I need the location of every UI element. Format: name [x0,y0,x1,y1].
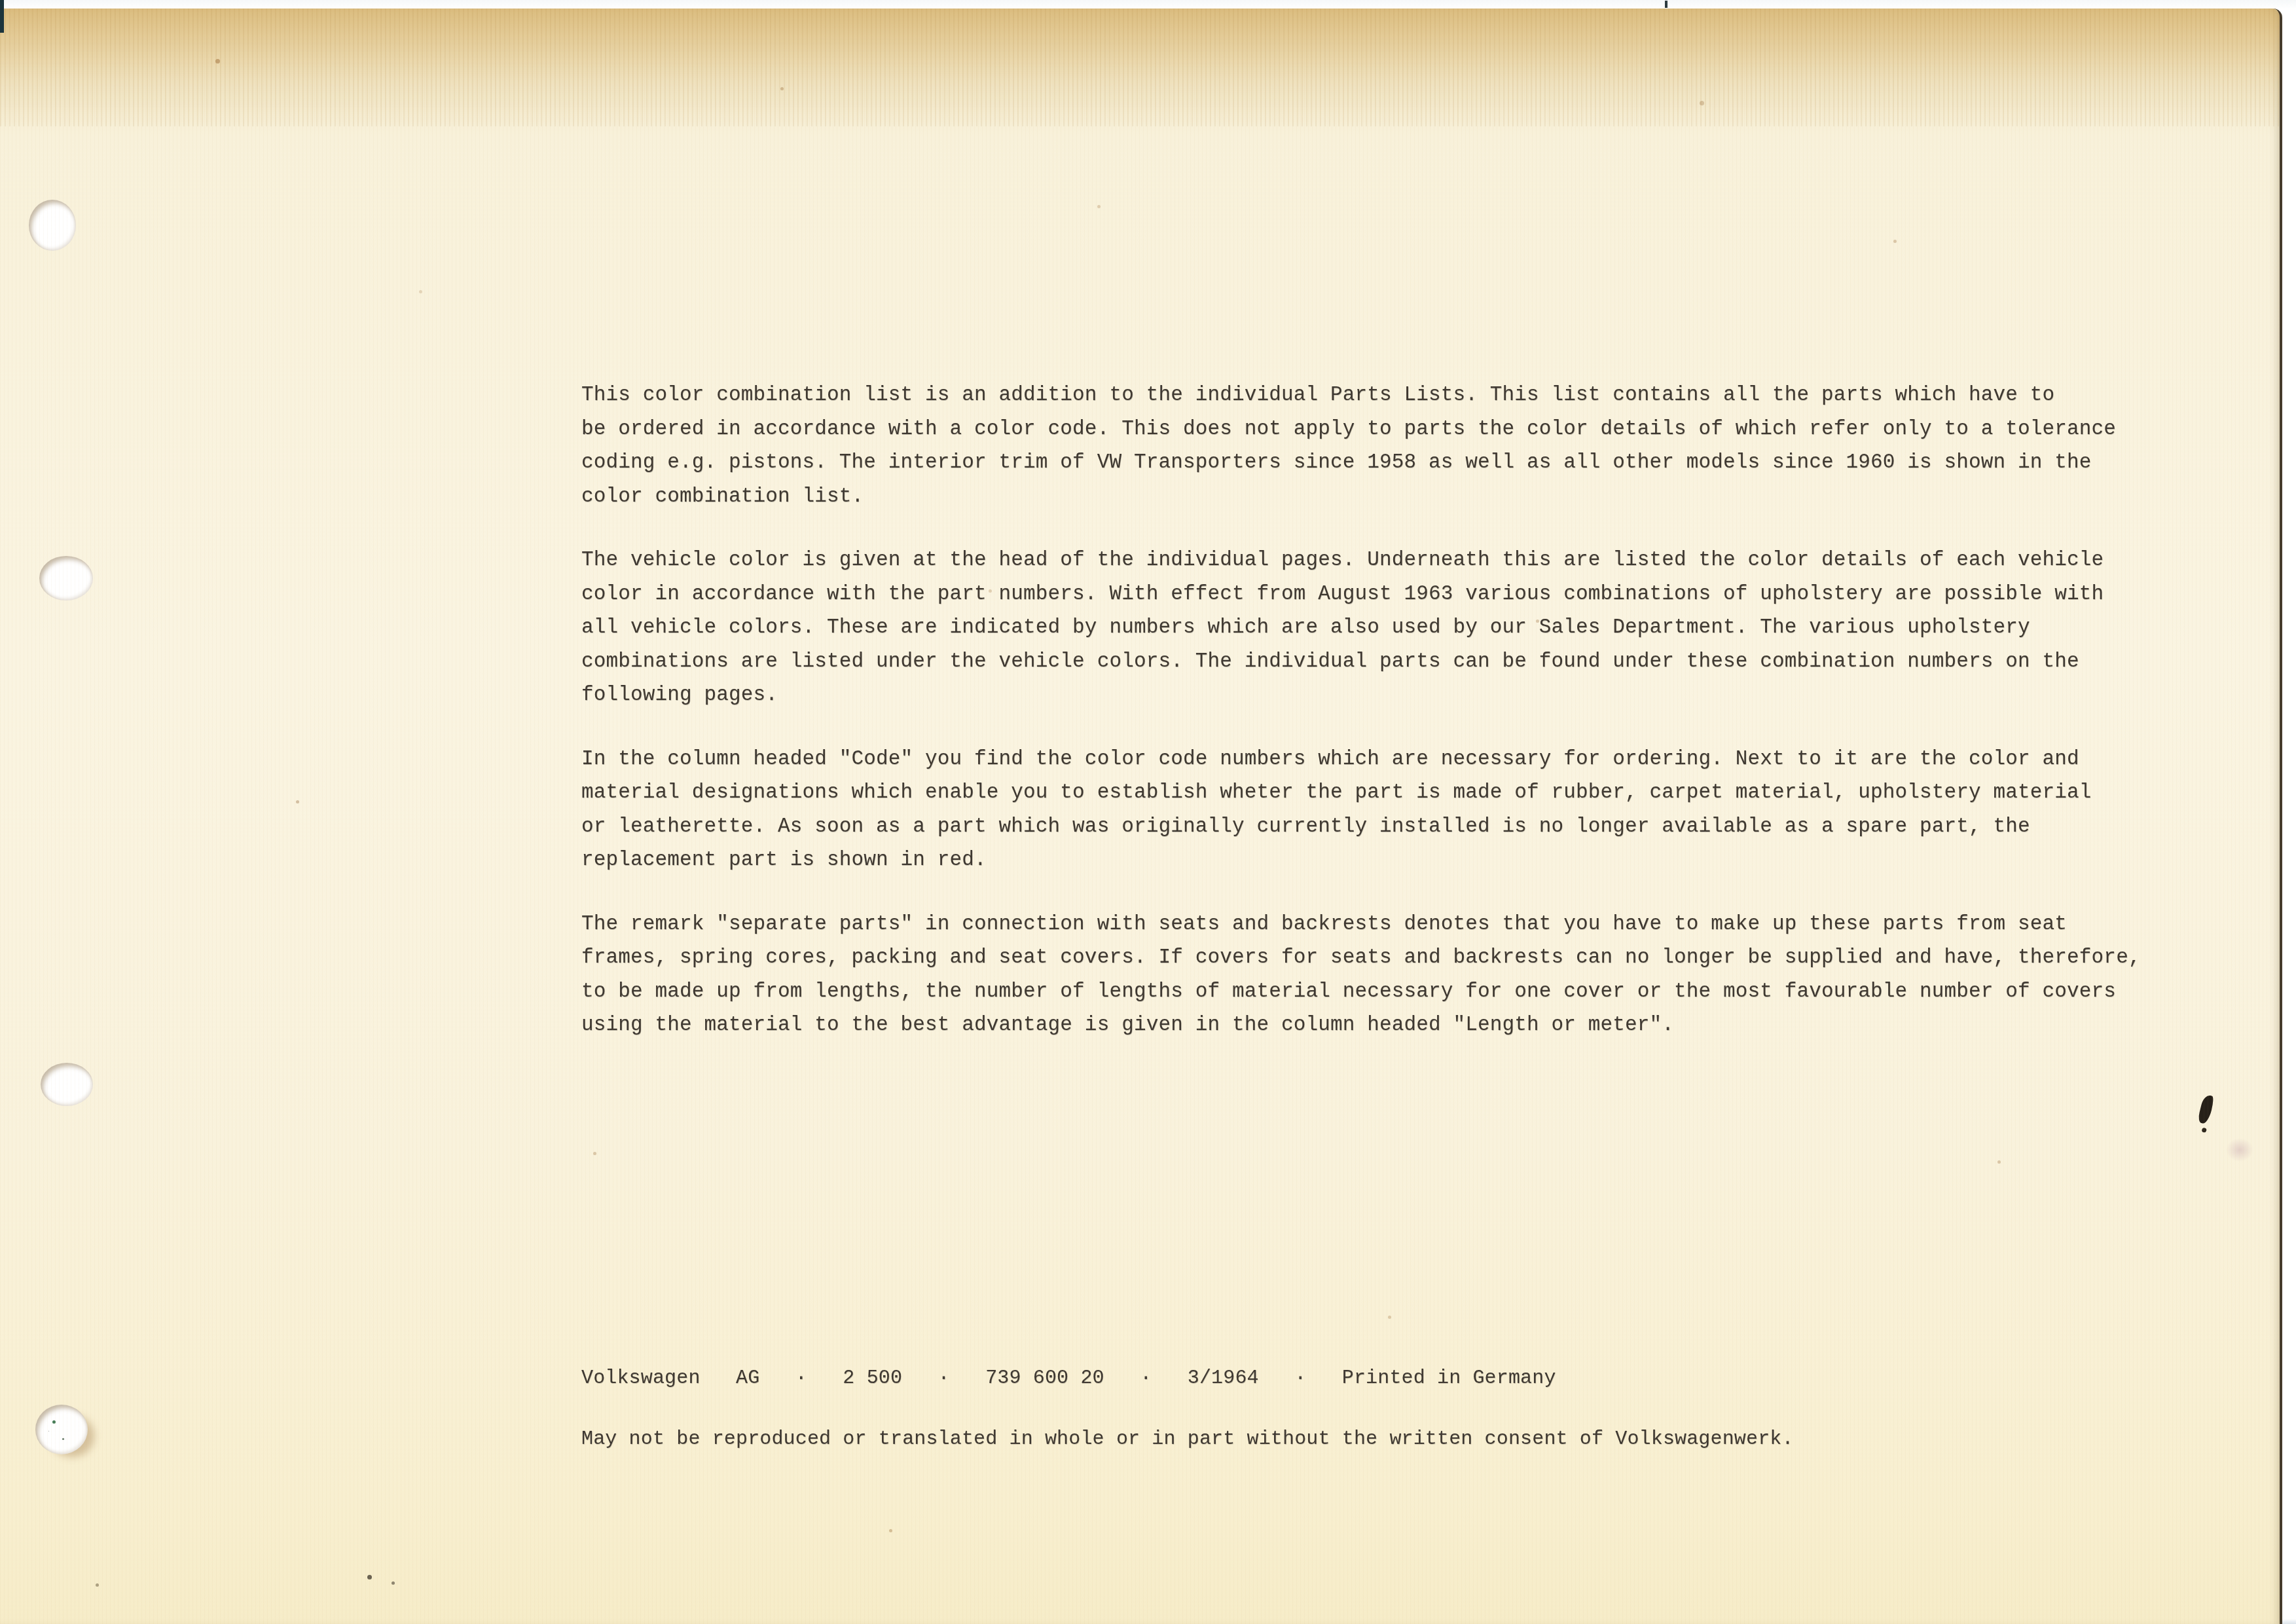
punch-hole-4 [35,1405,88,1454]
ink-mark [2197,1094,2215,1125]
paragraph-separate-parts: The remark "separate parts" in connectio… [581,908,2166,1043]
punch-hole-3 [41,1063,93,1106]
scanner-background: This color combination list is an additi… [0,0,2296,1624]
punch-hole-1 [29,200,76,251]
scan-artifact-edge-tick [1665,1,1667,8]
copyright-line: May not be reproduced or translated in w… [581,1423,1794,1457]
paragraph-intro: This color combination list is an additi… [581,378,2166,513]
paragraph-vehicle-color: The vehicle color is given at the head o… [581,544,2166,712]
paper-page: This color combination list is an additi… [0,9,2282,1624]
smudge-mark [2226,1138,2253,1162]
document-body-text: This color combination list is an additi… [581,378,2166,1073]
imprint-line: Volkswagen AG · 2 500 · 739 600 20 · 3/1… [581,1362,1556,1396]
paragraph-code-column: In the column headed "Code" you find the… [581,743,2166,877]
paper-aged-top-edge [0,9,2280,126]
punch-hole-2 [39,556,93,600]
scan-artifact-corner-strip [0,0,4,33]
